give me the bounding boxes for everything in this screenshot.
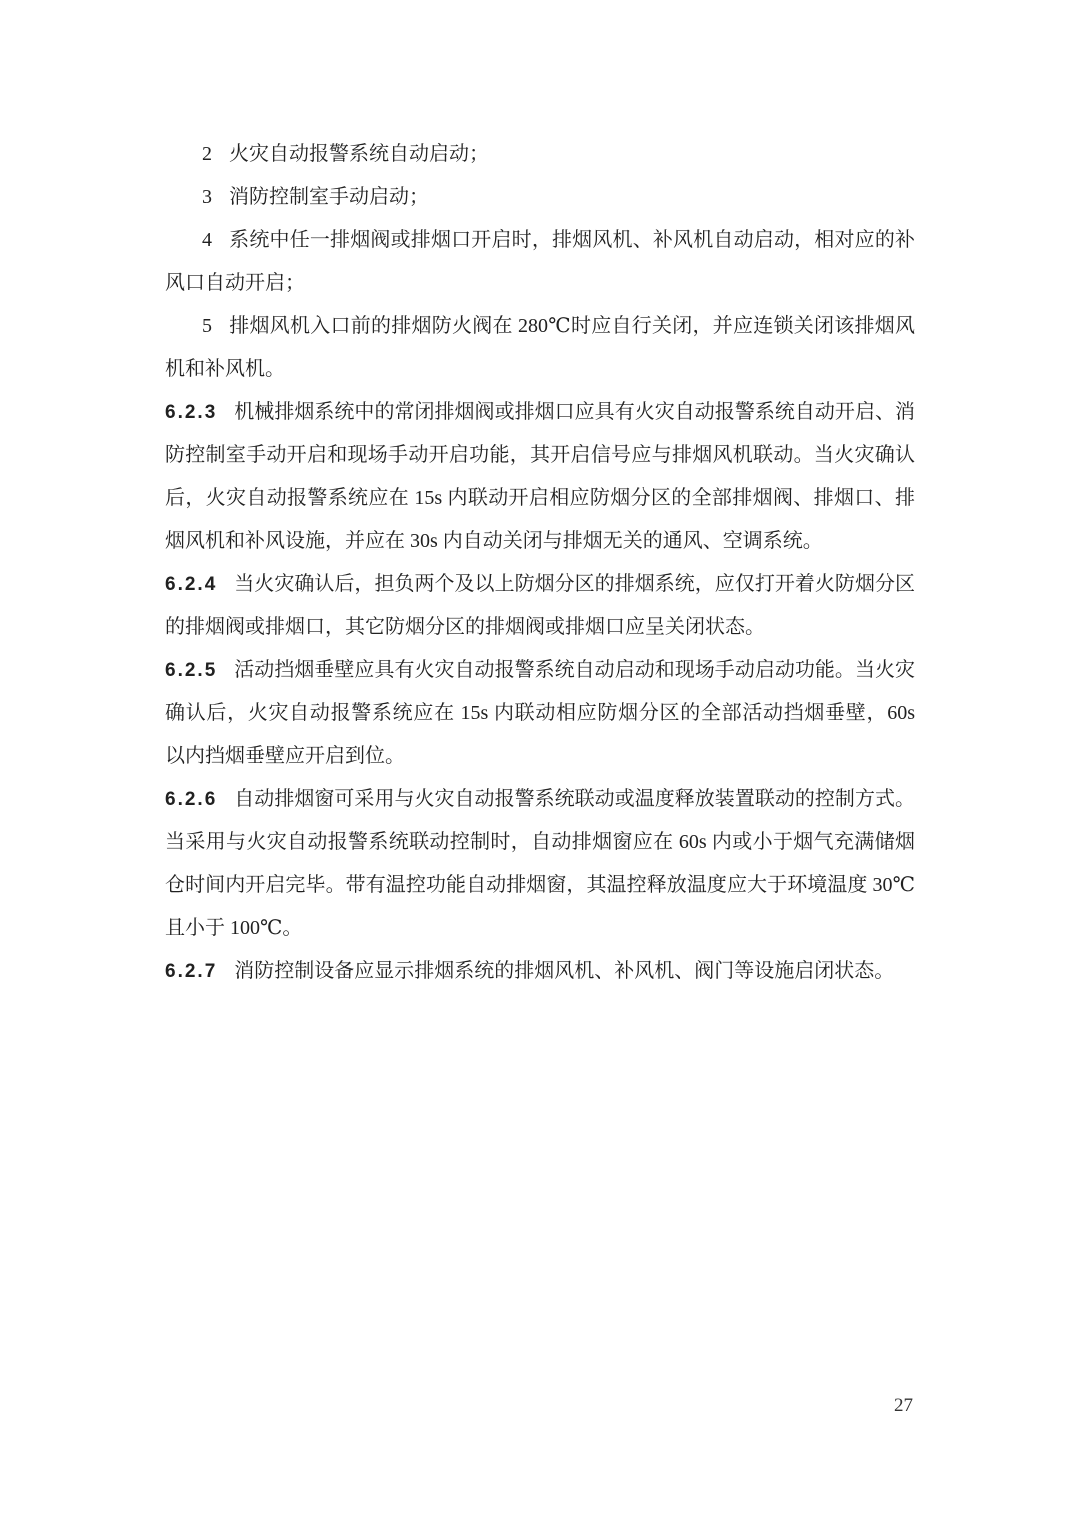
document-page: 2火灾自动报警系统自动启动；3消防控制室手动启动；4系统中任一排烟阀或排烟口开启… [0,0,1080,1527]
paragraph-number: 4 [202,229,212,251]
paragraph-text: 当火灾确认后，担负两个及以上防烟分区的排烟系统，应仅打开着火防烟分区的排烟阀或排… [165,573,915,638]
paragraph-number: 3 [202,186,212,208]
paragraph-4: 4系统中任一排烟阀或排烟口开启时，排烟风机、补风机自动启动，相对应的补风口自动开… [165,219,915,305]
paragraph-2: 2火灾自动报警系统自动启动； [165,133,915,176]
paragraph-3: 3消防控制室手动启动； [165,176,915,219]
paragraph-text: 自动排烟窗可采用与火灾自动报警系统联动或温度释放装置联动的控制方式。当采用与火灾… [165,788,915,939]
paragraph-text: 活动挡烟垂壁应具有火灾自动报警系统自动启动和现场手动启动功能。当火灾确认后，火灾… [165,659,915,767]
page-number: 27 [894,1395,913,1417]
paragraph-text: 排烟风机入口前的排烟防火阀在 280℃时应自行关闭，并应连锁关闭该排烟风机和补风… [165,315,915,380]
paragraph-6.2.6: 6.2.6自动排烟窗可采用与火灾自动报警系统联动或温度释放装置联动的控制方式。当… [165,778,915,950]
paragraph-6.2.5: 6.2.5活动挡烟垂壁应具有火灾自动报警系统自动启动和现场手动启动功能。当火灾确… [165,649,915,778]
paragraph-6.2.3: 6.2.3机械排烟系统中的常闭排烟阀或排烟口应具有火灾自动报警系统自动开启、消防… [165,391,915,563]
paragraph-number: 6.2.4 [165,574,217,595]
paragraph-text: 消防控制室手动启动； [229,186,429,208]
paragraph-6.2.7: 6.2.7消防控制设备应显示排烟系统的排烟风机、补风机、阀门等设施启闭状态。 [165,950,915,993]
paragraph-5: 5排烟风机入口前的排烟防火阀在 280℃时应自行关闭，并应连锁关闭该排烟风机和补… [165,305,915,391]
paragraph-text: 机械排烟系统中的常闭排烟阀或排烟口应具有火灾自动报警系统自动开启、消防控制室手动… [165,401,915,552]
paragraph-number: 6.2.3 [165,402,217,423]
paragraph-number: 6.2.7 [165,961,217,982]
paragraph-number: 6.2.6 [165,789,217,810]
paragraph-number: 5 [202,315,212,337]
paragraph-text: 系统中任一排烟阀或排烟口开启时，排烟风机、补风机自动启动，相对应的补风口自动开启… [165,229,915,294]
paragraph-number: 2 [202,143,212,165]
document-body: 2火灾自动报警系统自动启动；3消防控制室手动启动；4系统中任一排烟阀或排烟口开启… [165,133,915,993]
paragraph-text: 消防控制设备应显示排烟系统的排烟风机、补风机、阀门等设施启闭状态。 [234,960,894,982]
paragraph-6.2.4: 6.2.4当火灾确认后，担负两个及以上防烟分区的排烟系统，应仅打开着火防烟分区的… [165,563,915,649]
paragraph-number: 6.2.5 [165,660,217,681]
paragraph-text: 火灾自动报警系统自动启动； [229,143,489,165]
